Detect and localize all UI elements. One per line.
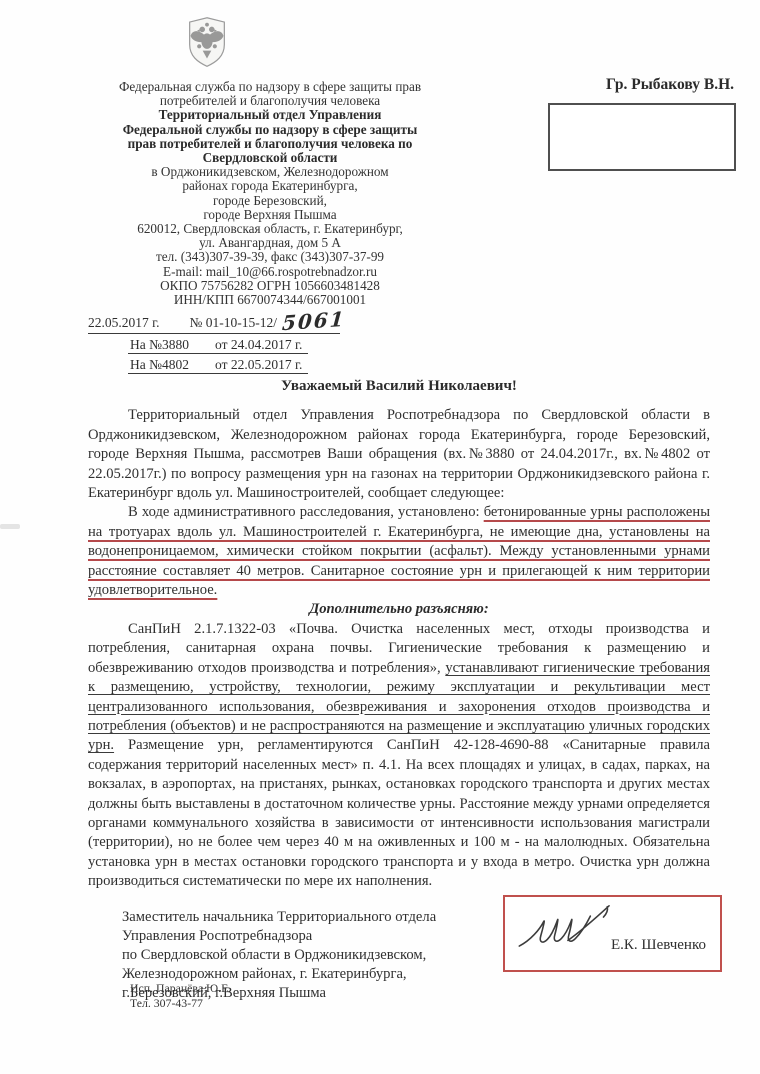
paragraph-intro: Территориальный отдел Управления Роспотр… [88, 406, 710, 503]
letterhead-email: E-mail: mail_10@66.rospotrebnadzor.ru [52, 265, 488, 279]
incoming-date: от 24.04.2017 г. [215, 337, 302, 352]
letterhead-okpo-ogrn: ОКПО 75756282 ОГРН 1056603481428 [52, 279, 488, 293]
letterhead: Федеральная служба по надзору в сфере за… [52, 80, 488, 307]
outgoing-ref-line: 22.05.2017 г.№ 01-10-15-12/5061 [88, 308, 340, 334]
incoming-number: На №3880 [130, 337, 189, 352]
incoming-date: от 22.05.2017 г. [215, 357, 302, 372]
handwritten-number: 5061 [281, 307, 346, 336]
letterhead-inn-kpp: ИНН/КПП 6670074344/667001001 [52, 293, 488, 307]
letterhead-line: Федеральной службы по надзору в сфере за… [52, 123, 488, 137]
letterhead-line: потребителей и благополучия человека [52, 94, 488, 108]
signature-box: Е.К. Шевченко [503, 895, 722, 972]
letterhead-line: городе Верхняя Пышма [52, 208, 488, 222]
letterhead-line: городе Березовский, [52, 194, 488, 208]
incoming-number: На №4802 [130, 357, 189, 372]
executor-phone: Тел. 307-43-77 [130, 996, 231, 1011]
recipient-name: Гр. Рыбакову В.Н. [530, 76, 734, 94]
outgoing-number: № 01-10-15-12/ [190, 315, 278, 330]
letterhead-line: в Орджоникидзевском, Железнодорожном [52, 165, 488, 179]
letterhead-line: Федеральная служба по надзору в сфере за… [52, 80, 488, 94]
executor-name: Исп. Паранёва Ю.Е. [130, 981, 231, 996]
letterhead-address: 620012, Свердловская область, г. Екатери… [52, 222, 488, 236]
findings-prefix: В ходе административного расследования, … [128, 504, 484, 520]
letterhead-phone: тел. (343)307-39-39, факс (343)307-37-99 [52, 250, 488, 264]
paragraph-sanpin: СанПиН 2.1.7.1322-03 «Почва. Очистка нас… [88, 620, 710, 892]
letterhead-address: ул. Авангардная, дом 5 А [52, 236, 488, 250]
letterhead-line: Территориальный отдел Управления [52, 108, 488, 122]
letterhead-line: Свердловской области [52, 151, 488, 165]
incoming-ref-line-1: На №3880от 24.04.2017 г. [128, 337, 308, 354]
coat-of-arms-icon [184, 16, 230, 68]
subheading-clarification: Дополнительно разъясняю: [88, 600, 710, 619]
redacted-address-box [548, 103, 736, 171]
letterhead-line: районах города Екатеринбурга, [52, 179, 488, 193]
salutation: Уважаемый Василий Николаевич! [88, 377, 710, 396]
paragraph-findings: В ходе административного расследования, … [88, 503, 710, 600]
incoming-ref-line-2: На №4802от 22.05.2017 г. [128, 357, 308, 374]
executor-footer: Исп. Паранёва Ю.Е. Тел. 307-43-77 [130, 981, 231, 1010]
signer-name: Е.К. Шевченко [611, 937, 706, 954]
document-page: Федеральная служба по надзору в сфере за… [0, 0, 760, 1074]
scan-artifact [0, 524, 20, 529]
outgoing-date: 22.05.2017 г. [88, 315, 160, 330]
sanpin-rest: Размещение урн, регламентируются СанПиН … [88, 737, 710, 889]
letterhead-line: прав потребителей и благополучия человек… [52, 137, 488, 151]
reference-block: 22.05.2017 г.№ 01-10-15-12/5061 На №3880… [88, 308, 340, 374]
